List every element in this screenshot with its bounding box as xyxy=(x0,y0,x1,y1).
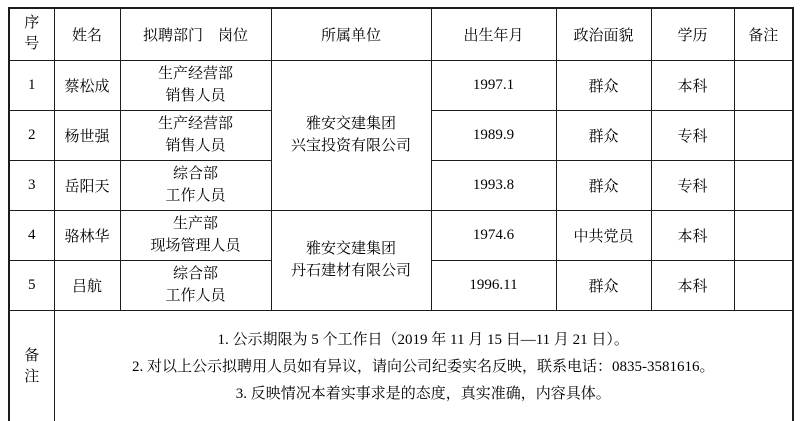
header-education-label: 学历 xyxy=(677,28,707,44)
cell-birth: 1974.6 xyxy=(431,210,556,260)
cell-unit-group-1: 雅安交建集团 兴宝投资有限公司 xyxy=(271,60,431,210)
cell-political: 群众 xyxy=(556,110,651,160)
cell-birth: 1993.8 xyxy=(431,160,556,210)
cell-birth: 1996.11 xyxy=(431,260,556,310)
unit-line-1: 雅安交建集团 xyxy=(275,113,428,136)
header-birth-label: 出生年月 xyxy=(463,28,523,44)
cell-name: 骆林华 xyxy=(54,210,120,260)
cell-dept-post: 综合部 工作人员 xyxy=(120,160,271,210)
cell-remark xyxy=(734,210,793,260)
note-item-3: 3. 反映情况本着实事求是的态度，真实准确，内容具体。 xyxy=(58,381,790,408)
header-no-label: 序号 xyxy=(24,13,39,57)
public-notice-page: 序号 姓名 拟聘部门 岗位 所属单位 出生年月 政治面貌 学历 备注 1 蔡松成… xyxy=(0,0,800,421)
post-line: 销售人员 xyxy=(124,85,268,108)
post-line: 工作人员 xyxy=(124,285,268,308)
unit-line-2: 丹石建材有限公司 xyxy=(275,260,428,283)
header-cell-dept-post: 拟聘部门 岗位 xyxy=(120,8,271,60)
cell-education: 专科 xyxy=(651,160,734,210)
cell-remark xyxy=(734,260,793,310)
header-cell-no: 序号 xyxy=(9,8,54,60)
cell-no: 5 xyxy=(9,260,54,310)
dept-line: 生产经营部 xyxy=(124,113,268,136)
header-dept-post-label: 拟聘部门 岗位 xyxy=(143,28,248,44)
note-item-1: 1. 公示期限为 5 个工作日（2019 年 11 月 15 日—11 月 21… xyxy=(58,327,790,354)
cell-dept-post: 生产部 现场管理人员 xyxy=(120,210,271,260)
header-remark-label: 备注 xyxy=(748,28,778,44)
cell-political: 群众 xyxy=(556,260,651,310)
cell-no: 3 xyxy=(9,160,54,210)
table-row: 4 骆林华 生产部 现场管理人员 雅安交建集团 丹石建材有限公司 1974.6 … xyxy=(9,210,793,260)
cell-education: 本科 xyxy=(651,210,734,260)
cell-name: 杨世强 xyxy=(54,110,120,160)
post-line: 销售人员 xyxy=(124,135,268,158)
cell-remark xyxy=(734,60,793,110)
header-political-label: 政治面貌 xyxy=(573,28,633,44)
unit-line-2: 兴宝投资有限公司 xyxy=(275,135,428,158)
header-cell-birth: 出生年月 xyxy=(431,8,556,60)
cell-remark xyxy=(734,160,793,210)
post-line: 工作人员 xyxy=(124,185,268,208)
header-cell-unit: 所属单位 xyxy=(271,8,431,60)
header-cell-remark: 备注 xyxy=(734,8,793,60)
notes-label-cell: 备注 xyxy=(9,310,54,421)
cell-birth: 1989.9 xyxy=(431,110,556,160)
cell-political: 中共党员 xyxy=(556,210,651,260)
cell-dept-post: 综合部 工作人员 xyxy=(120,260,271,310)
cell-no: 4 xyxy=(9,210,54,260)
header-cell-political: 政治面貌 xyxy=(556,8,651,60)
cell-no: 1 xyxy=(9,60,54,110)
header-cell-education: 学历 xyxy=(651,8,734,60)
cell-birth: 1997.1 xyxy=(431,60,556,110)
cell-no: 2 xyxy=(9,110,54,160)
cell-political: 群众 xyxy=(556,60,651,110)
cell-dept-post: 生产经营部 销售人员 xyxy=(120,60,271,110)
table-row: 1 蔡松成 生产经营部 销售人员 雅安交建集团 兴宝投资有限公司 1997.1 … xyxy=(9,60,793,110)
cell-remark xyxy=(734,110,793,160)
cell-name: 岳阳天 xyxy=(54,160,120,210)
recruitment-public-notice-table: 序号 姓名 拟聘部门 岗位 所属单位 出生年月 政治面貌 学历 备注 1 蔡松成… xyxy=(8,7,794,421)
note-item-2: 2. 对以上公示拟聘用人员如有异议，请向公司纪委实名反映，联系电话：0835-3… xyxy=(58,354,790,381)
notes-content-cell: 1. 公示期限为 5 个工作日（2019 年 11 月 15 日—11 月 21… xyxy=(54,310,793,421)
header-cell-name: 姓名 xyxy=(54,8,120,60)
cell-political: 群众 xyxy=(556,160,651,210)
cell-name: 蔡松成 xyxy=(54,60,120,110)
dept-line: 综合部 xyxy=(124,163,268,186)
dept-line: 生产经营部 xyxy=(124,63,268,86)
notes-row: 备注 1. 公示期限为 5 个工作日（2019 年 11 月 15 日—11 月… xyxy=(9,310,793,421)
header-unit-label: 所属单位 xyxy=(321,28,381,44)
cell-education: 本科 xyxy=(651,260,734,310)
cell-education: 本科 xyxy=(651,60,734,110)
header-row: 序号 姓名 拟聘部门 岗位 所属单位 出生年月 政治面貌 学历 备注 xyxy=(9,8,793,60)
cell-education: 专科 xyxy=(651,110,734,160)
notes-label: 备注 xyxy=(24,346,39,390)
cell-dept-post: 生产经营部 销售人员 xyxy=(120,110,271,160)
unit-line-1: 雅安交建集团 xyxy=(275,238,428,261)
post-line: 现场管理人员 xyxy=(124,235,268,258)
dept-line: 综合部 xyxy=(124,263,268,286)
header-name-label: 姓名 xyxy=(72,28,102,44)
dept-line: 生产部 xyxy=(124,213,268,236)
cell-name: 吕航 xyxy=(54,260,120,310)
cell-unit-group-2: 雅安交建集团 丹石建材有限公司 xyxy=(271,210,431,310)
